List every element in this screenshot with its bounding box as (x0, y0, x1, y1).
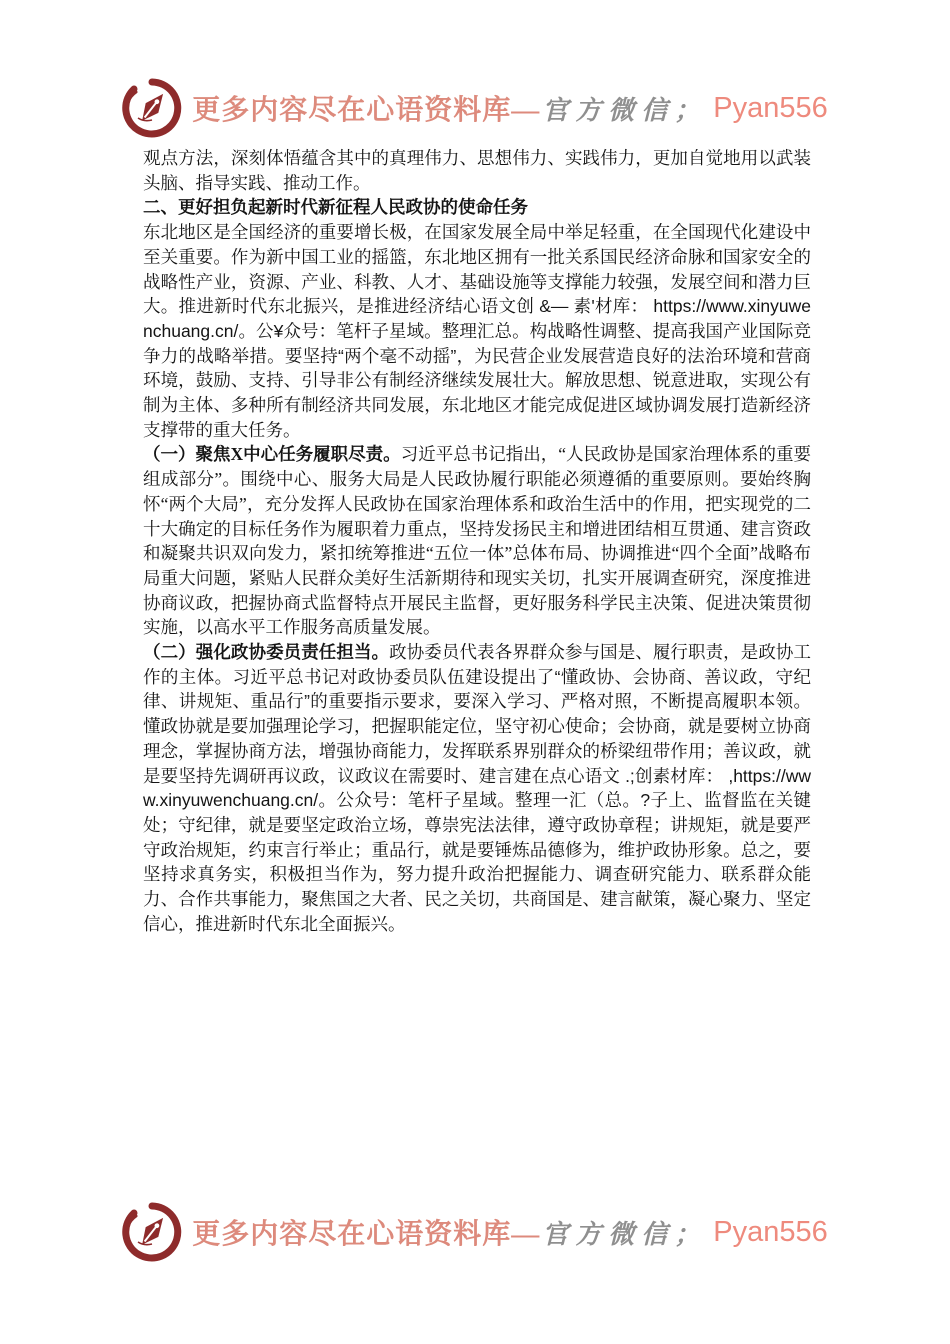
document-body: 观点方法，深刻体悟蕴含其中的真理伟力、思想伟力、实践伟力，更加自觉地用以武装头脑… (143, 146, 811, 937)
brand-pen-logo-icon (122, 1202, 182, 1262)
paragraph: 观点方法，深刻体悟蕴含其中的真理伟力、思想伟力、实践伟力，更加自觉地用以武装头脑… (143, 146, 811, 195)
watermark-wechat-id: Pyan556 (713, 1216, 828, 1249)
paragraph: 东北地区是全国经济的重要增长极，在国家发展全局中举足轻重，在全国现代化建设中至关… (143, 220, 811, 442)
watermark-wechat-label: 官方微信； (542, 1214, 707, 1251)
paragraph: （二）强化政协委员责任担当。政协委员代表各界群众参与国是、履行职责，是政协工作的… (143, 640, 811, 936)
brand-pen-logo-icon (122, 78, 182, 138)
watermark-text: 更多内容尽在心语资料库— (192, 88, 540, 128)
paragraph: （一）聚焦X中心任务履职尽责。习近平总书记指出，“人民政协是国家治理体系的重要组… (143, 442, 811, 640)
section-heading: 二、更好担负起新时代新征程人民政协的使命任务 (143, 195, 811, 220)
watermark-wechat-id: Pyan556 (713, 92, 828, 125)
paragraph-lead: （一）聚焦X中心任务履职尽责。 (143, 444, 401, 464)
paragraph-lead: （二）强化政协委员责任担当。 (143, 642, 389, 662)
header-watermark: 更多内容尽在心语资料库— 官方微信； Pyan556 (0, 78, 950, 138)
watermark-text: 更多内容尽在心语资料库— (192, 1212, 540, 1252)
footer-watermark: 更多内容尽在心语资料库— 官方微信； Pyan556 (0, 1202, 950, 1262)
document-page: 更多内容尽在心语资料库— 官方微信； Pyan556 观点方法，深刻体悟蕴含其中… (0, 0, 950, 1344)
watermark-wechat-label: 官方微信； (542, 90, 707, 127)
